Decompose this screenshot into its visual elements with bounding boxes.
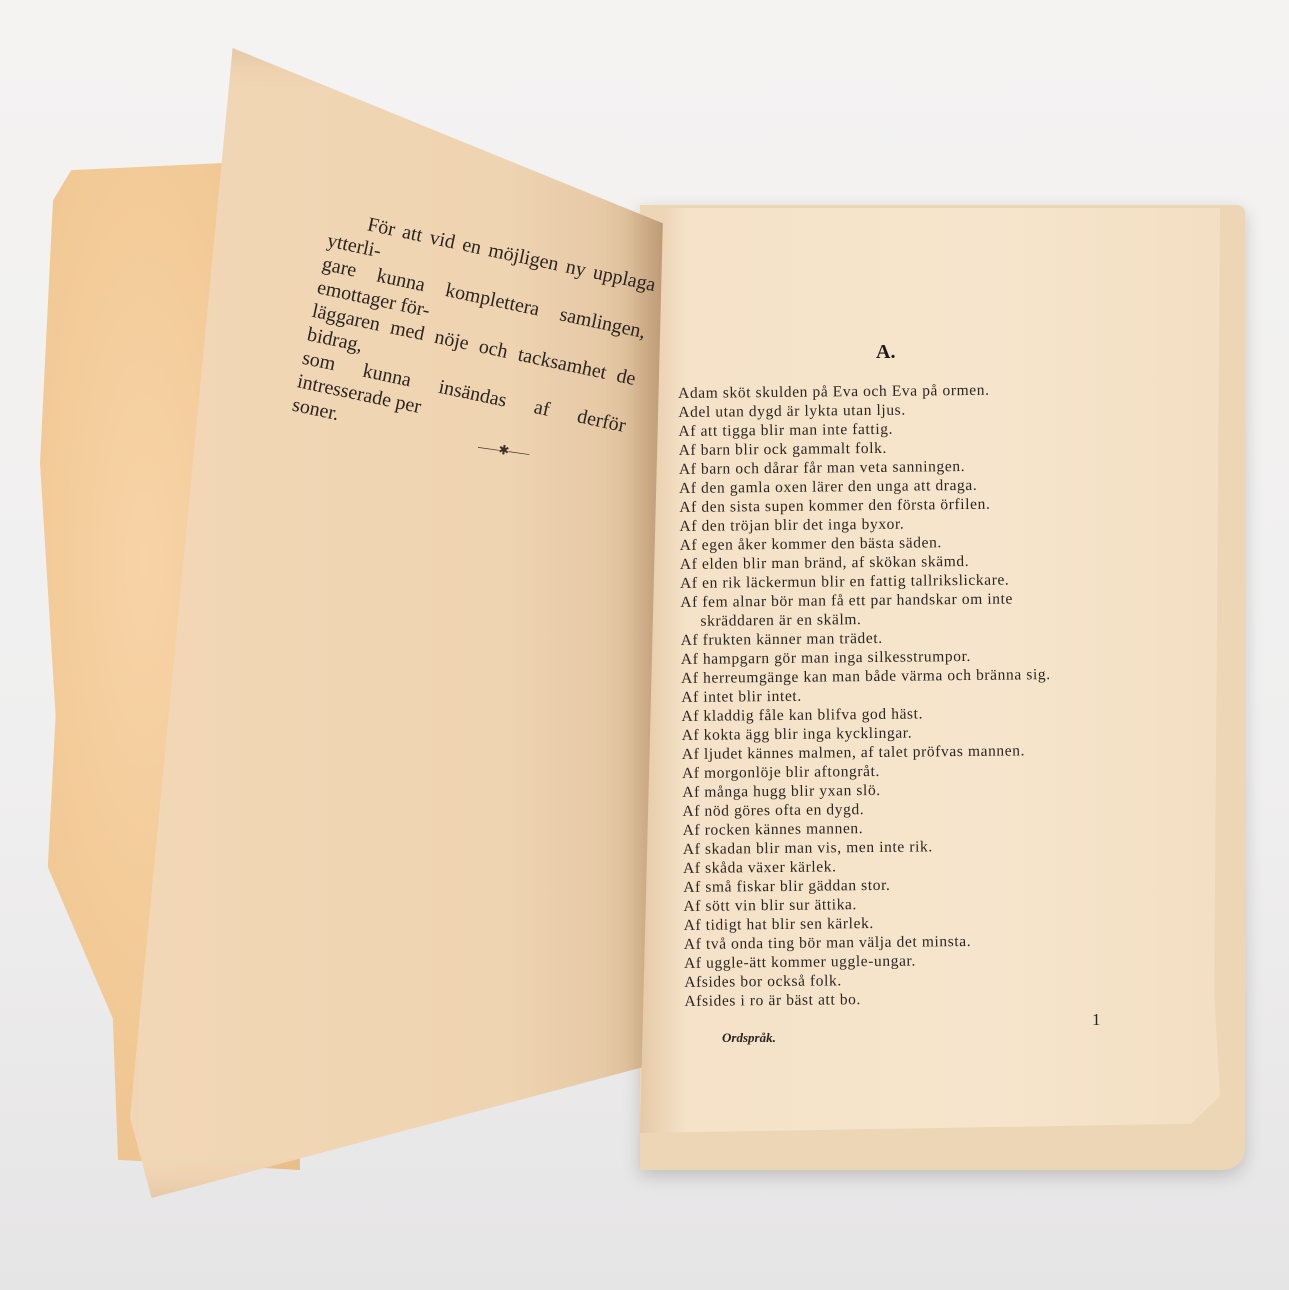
signature-mark: Ordspråk. [722, 1030, 776, 1046]
section-heading: A. [876, 341, 895, 364]
proverb-list: Adam sköt skulden på Eva och Eva på orme… [678, 379, 1125, 1011]
open-book-photo: För att vid en möjligen ny upplaga ytter… [0, 0, 1289, 1290]
page-number: 1 [1092, 1010, 1101, 1030]
